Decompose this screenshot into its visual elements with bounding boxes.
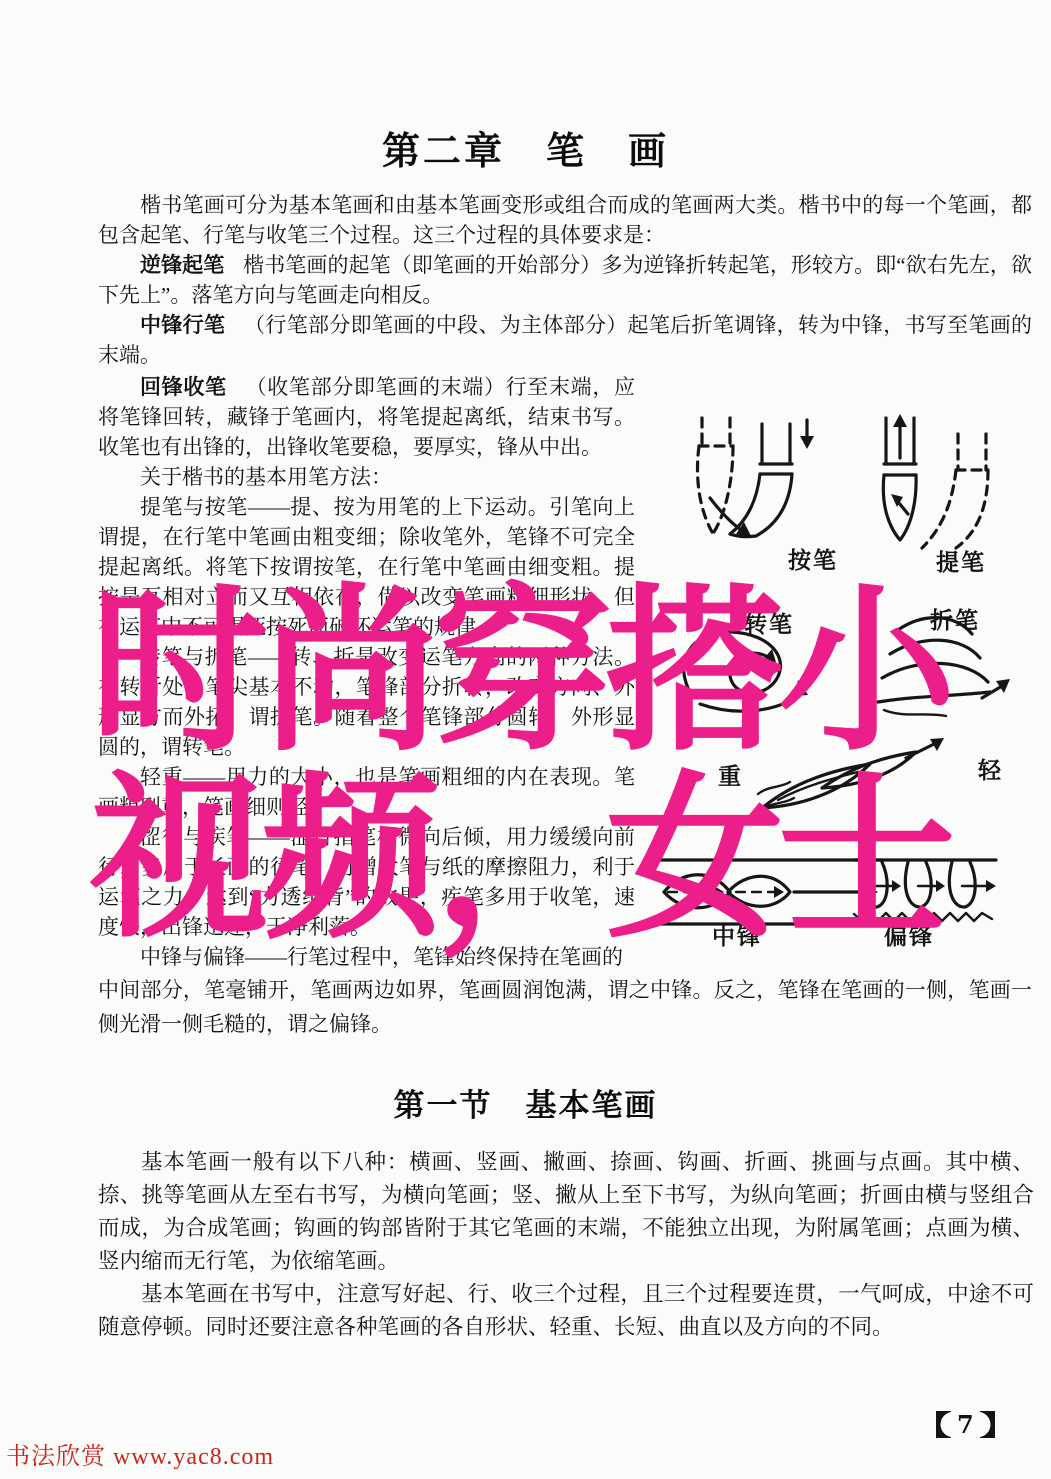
intro-text-block: 楷书笔画可分为基本笔画和由基本笔画变形或组合而成的笔画两大类。楷书中的每一个笔画… <box>98 190 1032 370</box>
paragraph-huifeng: 回锋收笔（收笔部分即笔画的末端）行至末端，应将笔锋回转，藏锋于笔画内，将笔提起离… <box>98 372 635 462</box>
paragraph-methods-intro: 关于楷书的基本用笔方法： <box>98 462 635 492</box>
watermark-line1: 时尚穿搭小 <box>90 578 1050 765</box>
page-number-value: 7 <box>957 1410 974 1439</box>
paragraph-nifeng: 逆锋起笔楷书笔画的起笔（即笔画的开始部分）多为逆锋折转起笔，形较方。即“欲右先左… <box>98 250 1032 310</box>
basic-strokes-text-block: 基本笔画一般有以下八种：横画、竖画、撇画、捺画、钩画、折画、挑画与点画。其中横、… <box>98 1146 1034 1344</box>
paragraph-eight-strokes: 基本笔画一般有以下八种：横画、竖画、撇画、捺画、钩画、折画、挑画与点画。其中横、… <box>98 1146 1034 1278</box>
left-crescent-icon <box>936 1411 951 1438</box>
right-crescent-icon <box>980 1411 995 1438</box>
paragraph-intro: 楷书笔画可分为基本笔画和由基本笔画变形或组合而成的笔画两大类。楷书中的每一个笔画… <box>98 190 1032 250</box>
press-brush-diagram <box>686 416 861 551</box>
paragraph-zhongfeng: 中锋行笔（行笔部分即笔画的中段、为主体部分）起笔后折笔调锋，转为中锋，书写至笔画… <box>98 310 1032 370</box>
lift-brush-diagram <box>858 412 1033 552</box>
site-credit: 书法欣赏 www.yac8.com <box>6 1436 274 1471</box>
page-number: 7 <box>936 1410 995 1439</box>
paragraph-lead: 回锋收笔 <box>140 375 227 399</box>
continuation-text-block: 中间部分，笔毫铺开，笔画两边如界，笔画圆润饱满，谓之中锋。反之，笔锋在笔画的一侧… <box>98 973 1032 1041</box>
paragraph-writing-advice: 基本笔画在书写中，注意写好起、行、收三个过程，且三个过程要连贯，一气呵成，中途不… <box>98 1278 1034 1344</box>
paragraph-zhongpian-rest: 中间部分，笔毫铺开，笔画两边如界，笔画圆润饱满，谓之中锋。反之，笔锋在笔画的一侧… <box>98 973 1032 1041</box>
watermark-line2: 视频，女士 <box>90 765 1050 952</box>
watermark-overlay: 时尚穿搭小 视频，女士 <box>90 578 1050 952</box>
paragraph-text: （行笔部分即笔画的中段、为主体部分）起笔后折笔调锋，转为中锋，书写至笔画的末端。 <box>98 313 1032 367</box>
paragraph-lead: 逆锋起笔 <box>140 253 224 277</box>
paragraph-text: 楷书笔画的起笔（即笔画的开始部分）多为逆锋折转起笔，形较方。即“欲右先左，欲下先… <box>98 253 1032 307</box>
chapter-title: 第二章 笔 画 <box>0 120 1051 175</box>
paragraph-lead: 中锋行笔 <box>140 313 225 337</box>
section-title: 第一节 基本笔画 <box>0 1080 1051 1125</box>
